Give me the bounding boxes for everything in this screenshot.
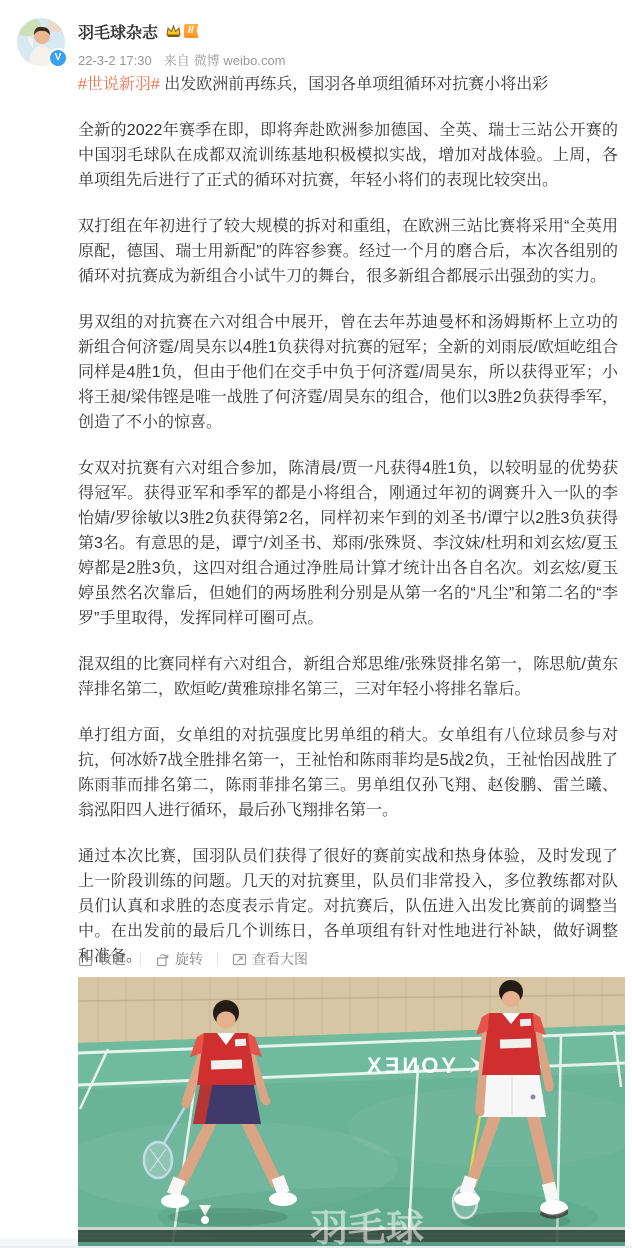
expand-icon — [232, 952, 247, 967]
title-text: 出发欧洲前再练兵，国羽各单项组循环对抗赛小将出彩 — [160, 76, 548, 93]
collapse-label: 收起 — [98, 949, 126, 969]
paragraph-1: 全新的2022年赛季在即，即将奔赴欧洲参加德国、全英、瑞士三站公开赛的中国羽毛球… — [78, 118, 618, 193]
post-photo[interactable]: YONEX — [78, 977, 625, 1248]
verified-v-icon: V — [48, 48, 68, 68]
paragraph-2: 双打组在年初进行了较大规模的拆对和重组，在欧洲三站比赛将采用“全英用原配，德国、… — [78, 214, 618, 289]
vip-level-badge: II — [184, 24, 199, 38]
paragraph-5: 混双组的比赛同样有六对组合，新组合郑思维/张殊贤排名第一，陈思航/黄东萍排名第二… — [78, 652, 618, 702]
collapse-icon — [78, 952, 93, 967]
hashtag-link[interactable]: #世说新羽# — [78, 76, 160, 93]
badminton-court-photo: YONEX — [78, 977, 625, 1248]
view-large-label: 查看大图 — [252, 949, 308, 969]
rotate-image-button[interactable]: 旋转 — [155, 949, 203, 969]
paragraph-4: 女双对抗赛有六对组合参加，陈清晨/贾一凡获得4胜1负，以较明显的优势获得冠军。获… — [78, 456, 618, 631]
yonex-text: YONEX — [364, 1053, 456, 1078]
avatar[interactable]: V — [17, 18, 65, 66]
paragraph-6: 单打组方面，女单组的对抗强度比男单组的稍大。女单组有八位球员参与对抗，何冰娇7战… — [78, 723, 618, 823]
rotate-label: 旋转 — [175, 949, 203, 969]
post-header: 羽毛球杂志 II 22-3-2 17:30来自微博 weibo.com — [78, 20, 286, 69]
toolbar-separator — [217, 952, 218, 966]
timestamp: 22-3-2 17:30 — [78, 53, 152, 68]
rotate-icon — [155, 952, 170, 967]
watermark-text: 羽毛球 — [310, 1208, 424, 1248]
post-meta: 22-3-2 17:30来自微博 weibo.com — [78, 50, 286, 69]
source-link[interactable]: 微博 weibo.com — [194, 53, 286, 68]
username[interactable]: 羽毛球杂志 — [78, 20, 158, 43]
crown-icon — [165, 24, 182, 38]
source-prefix: 来自 — [164, 53, 190, 68]
toolbar-separator — [140, 952, 141, 966]
weibo-post-page: V 羽毛球杂志 II 22-3-2 17:30来自微博 weibo.com #世… — [0, 0, 632, 1248]
post-title-line: #世说新羽# 出发欧洲前再练兵，国羽各单项组循环对抗赛小将出彩 — [78, 72, 618, 97]
view-large-image-button[interactable]: 查看大图 — [232, 949, 308, 969]
post-content: #世说新羽# 出发欧洲前再练兵，国羽各单项组循环对抗赛小将出彩 全新的2022年… — [78, 72, 618, 969]
paragraph-3: 男双组的对抗赛在六对组合中展开，曾在去年苏迪曼杯和汤姆斯杯上立功的新组合何济霆/… — [78, 310, 618, 435]
image-toolbar: 收起 旋转 查看大图 — [78, 948, 308, 970]
collapse-image-button[interactable]: 收起 — [78, 949, 126, 969]
